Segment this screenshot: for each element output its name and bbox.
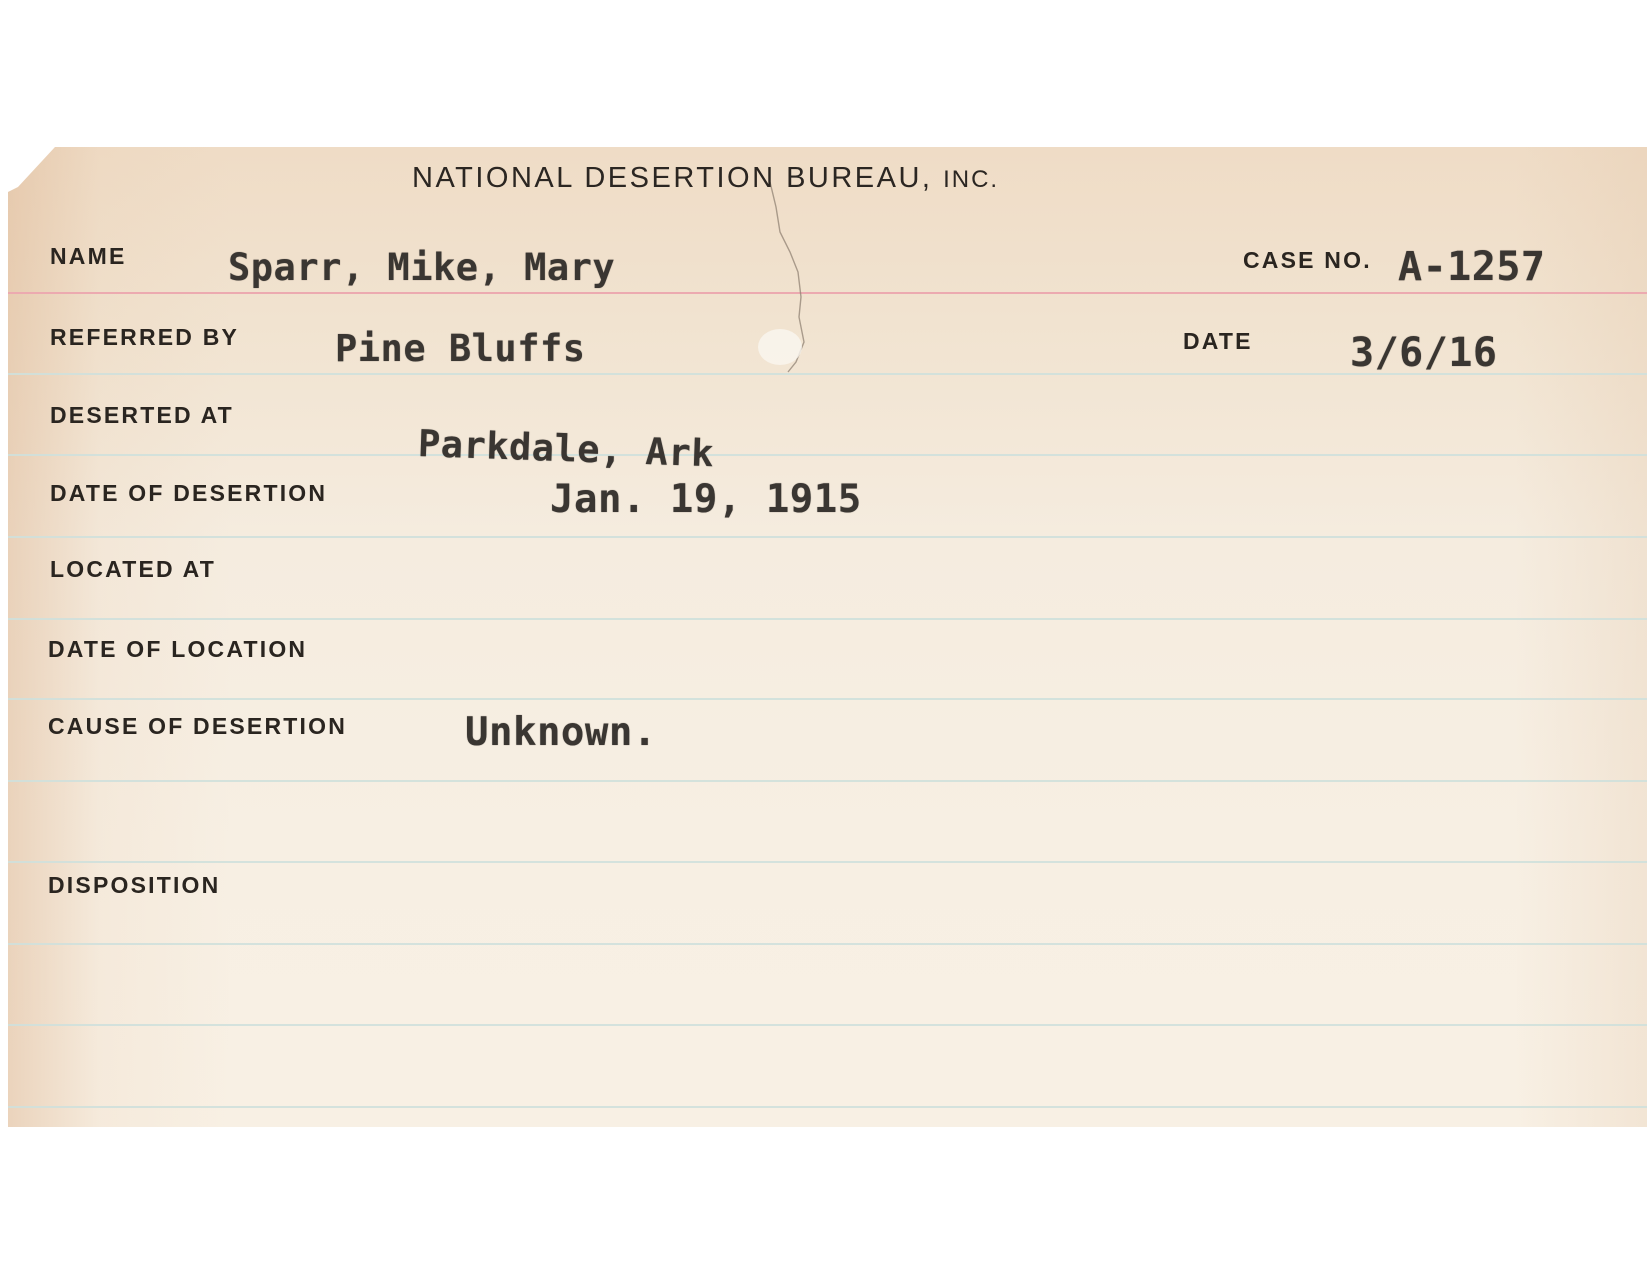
blue-rule <box>0 698 1647 700</box>
bureau-name: NATIONAL DESERTION BUREAU, <box>412 162 933 194</box>
date-of-location-label: DATE OF LOCATION <box>48 636 307 663</box>
blue-rule <box>0 1024 1647 1026</box>
cause-of-desertion-label: CAUSE OF DESERTION <box>48 713 347 740</box>
date-of-desertion-value: Jan. 19, 1915 <box>550 477 862 522</box>
blue-rule <box>0 454 1647 456</box>
blue-rule <box>0 618 1647 620</box>
cause-of-desertion-value: Unknown. <box>465 710 657 755</box>
card-heading: NATIONAL DESERTION BUREAU, INC. <box>412 162 999 195</box>
case-no-value: A-1257 <box>1398 244 1546 290</box>
blue-rule <box>0 943 1647 945</box>
date-value: 3/6/16 <box>1350 330 1498 376</box>
date-of-desertion-label: DATE OF DESERTION <box>50 480 327 507</box>
name-label: NAME <box>50 243 127 270</box>
index-card: NATIONAL DESERTION BUREAU, INC. NAME Spa… <box>0 147 1647 1127</box>
blue-rule <box>0 1106 1647 1108</box>
referred-by-label: REFERRED BY <box>50 324 239 351</box>
deserted-at-label: DESERTED AT <box>50 402 234 429</box>
date-label: DATE <box>1183 328 1253 355</box>
blue-rule <box>0 861 1647 863</box>
disposition-label: DISPOSITION <box>48 872 220 899</box>
located-at-label: LOCATED AT <box>50 556 216 583</box>
blue-rule <box>0 536 1647 538</box>
referred-by-value: Pine Bluffs <box>335 327 586 370</box>
bureau-suffix: INC. <box>943 166 999 193</box>
name-value: Sparr, Mike, Mary <box>228 246 615 289</box>
blue-rule <box>0 780 1647 782</box>
deserted-at-value: Parkdale, Ark <box>417 422 714 475</box>
case-no-label: CASE NO. <box>1243 247 1372 274</box>
